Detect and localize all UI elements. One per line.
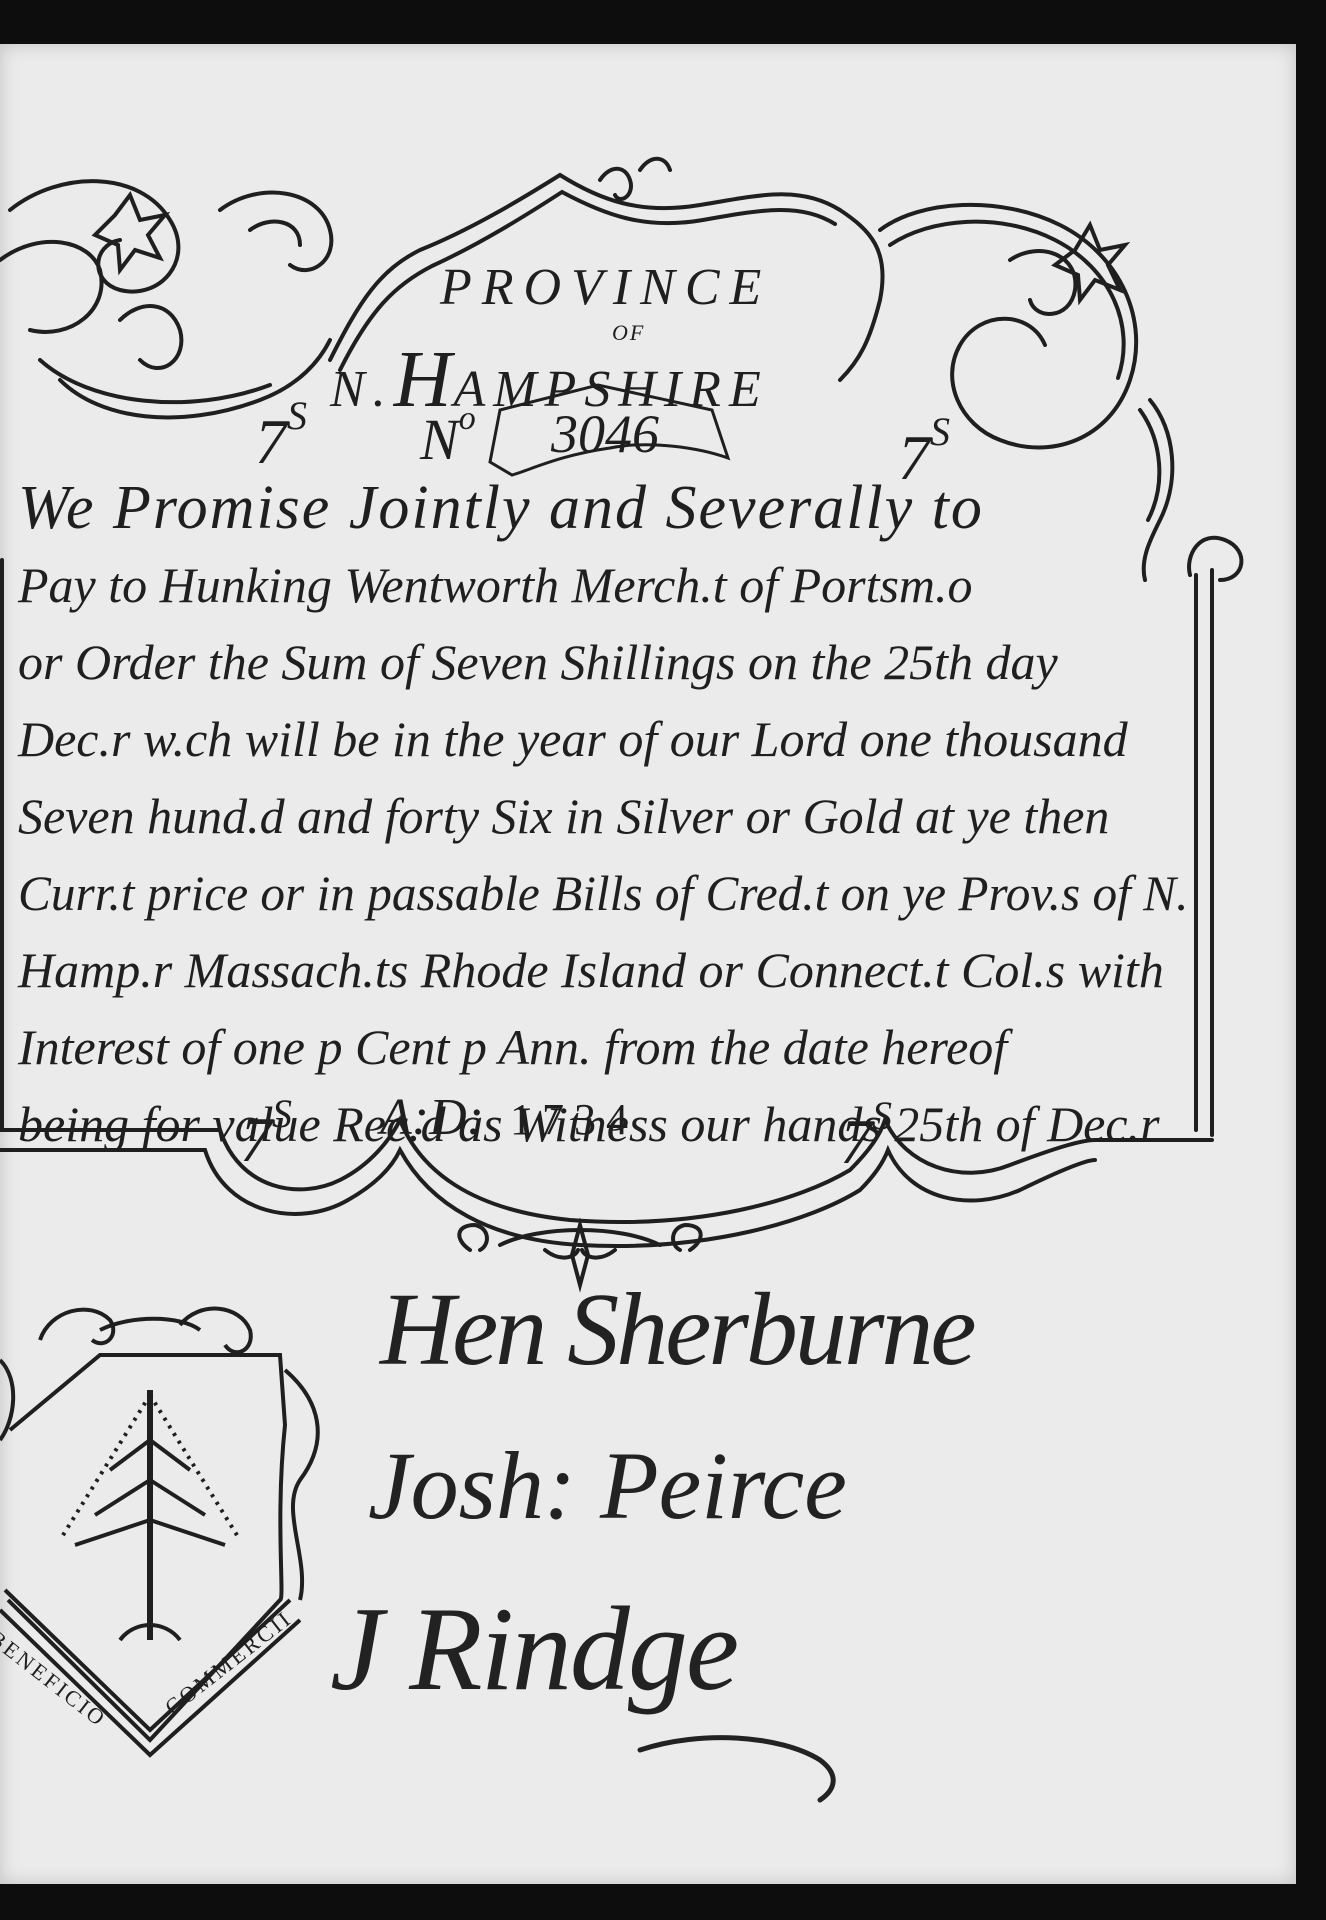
signature-flourish-icon [0, 0, 1326, 1920]
